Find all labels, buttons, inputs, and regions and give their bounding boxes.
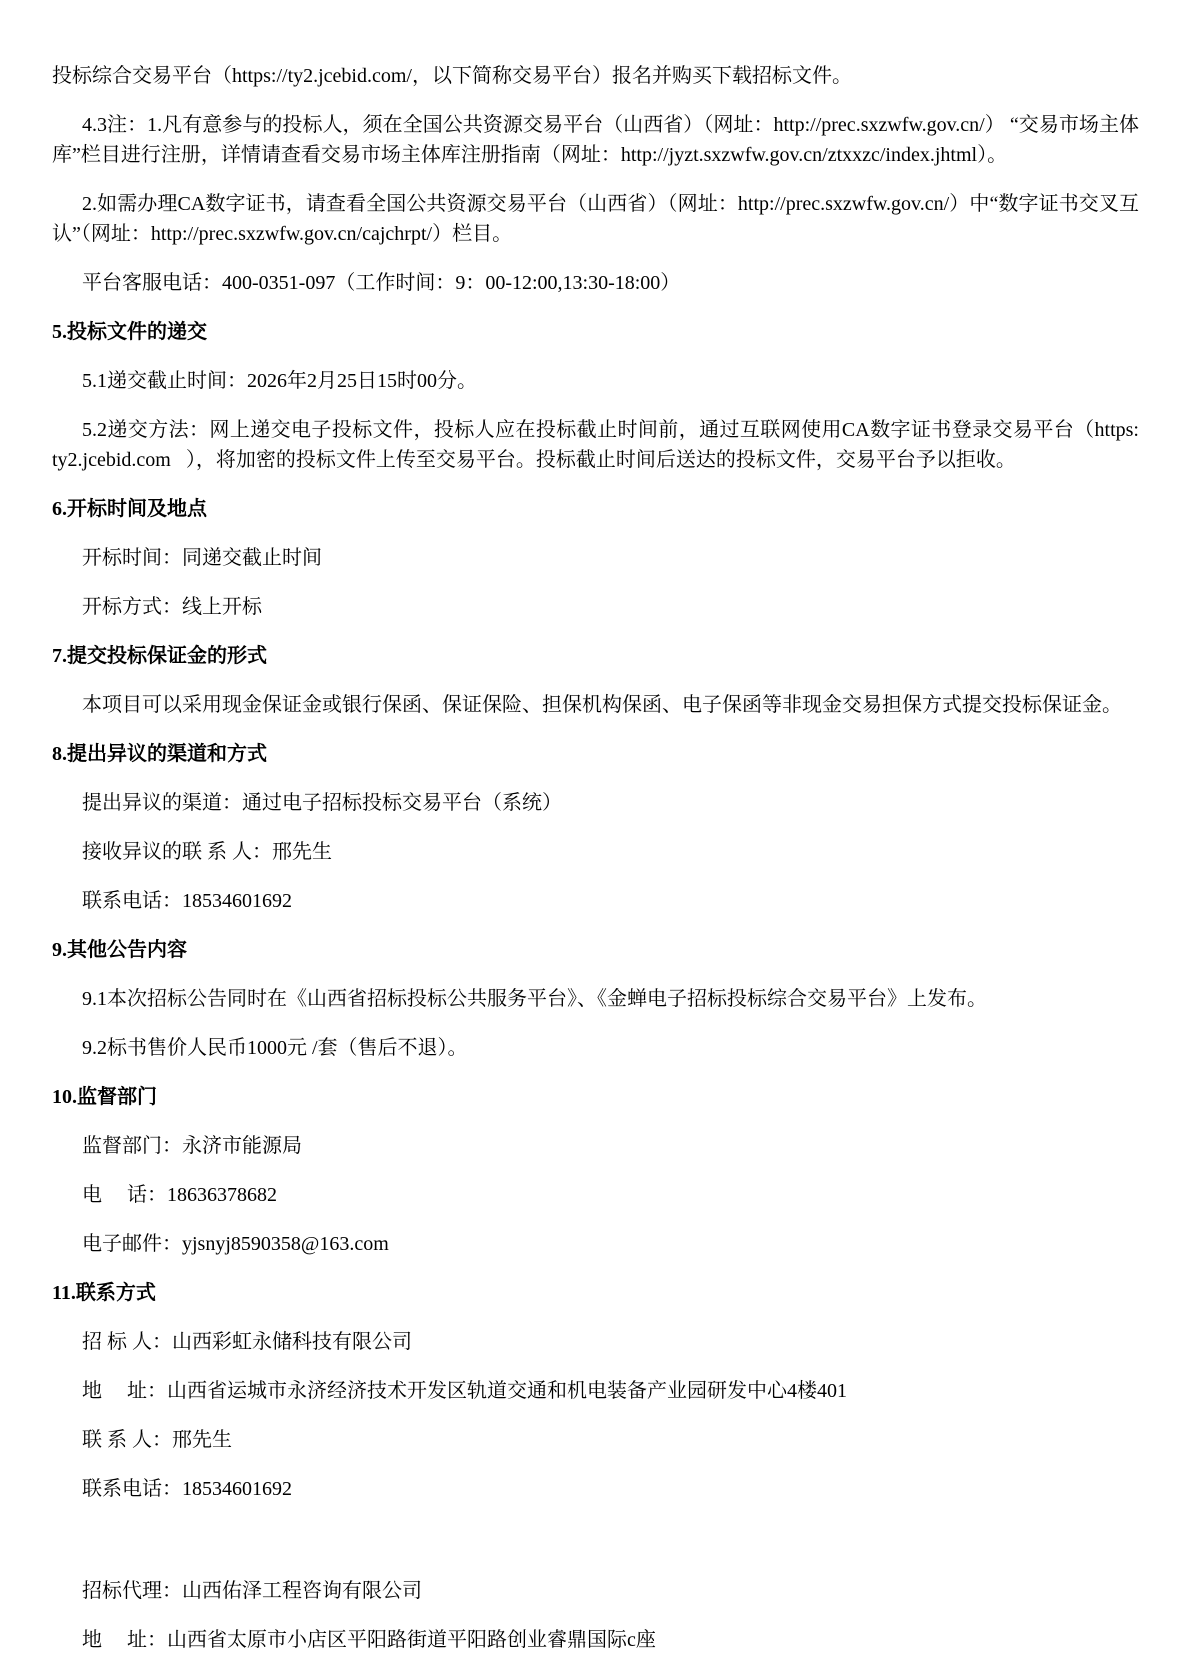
section-heading-5-bid-submission: 5.投标文件的递交 xyxy=(52,317,1139,347)
section-heading-6-bid-opening: 6.开标时间及地点 xyxy=(52,494,1139,524)
section-heading-9-other-announcements: 9.其他公告内容 xyxy=(52,935,1139,965)
paragraph-opening-time: 开标时间：同递交截止时间 xyxy=(52,543,1139,573)
paragraph-5-2-method: 5.2递交方法：网上递交电子投标文件，投标人应在投标截止时间前，通过互联网使用C… xyxy=(52,415,1139,475)
paragraph-objection-contact-person: 接收异议的联 系 人：邢先生 xyxy=(52,837,1139,867)
paragraph-opening-mode: 开标方式：线上开标 xyxy=(52,592,1139,622)
paragraph-9-2-document-price: 9.2标书售价人民币1000元 /套（售后不退）。 xyxy=(52,1033,1139,1063)
section-heading-11-contact-info: 11.联系方式 xyxy=(52,1278,1139,1308)
paragraph-tenderer-name: 招 标 人：山西彩虹永储科技有限公司 xyxy=(52,1327,1139,1357)
paragraph-supervision-phone: 电 话：18636378682 xyxy=(52,1180,1139,1210)
paragraph-tenderer-address: 地 址：山西省运城市永济经济技术开发区轨道交通和机电装备产业园研发中心4楼401 xyxy=(52,1376,1139,1406)
paragraph-note-4-3: 4.3注：1.凡有意参与的投标人，须在全国公共资源交易平台（山西省）（网址：ht… xyxy=(52,110,1139,170)
blank-line-spacer xyxy=(52,1523,1139,1557)
paragraph-tenderer-contact-person: 联 系 人：邢先生 xyxy=(52,1425,1139,1455)
paragraph-continuation: 投标综合交易平台（https://ty2.jcebid.com/，以下简称交易平… xyxy=(52,61,1139,91)
paragraph-agency-name: 招标代理：山西佑泽工程咨询有限公司 xyxy=(52,1576,1139,1606)
paragraph-supervision-email: 电子邮件：yjsnyj8590358@163.com xyxy=(52,1229,1139,1259)
section-heading-10-supervision-department: 10.监督部门 xyxy=(52,1082,1139,1112)
section-heading-8-objection-channel: 8.提出异议的渠道和方式 xyxy=(52,739,1139,769)
paragraph-tenderer-contact-phone: 联系电话：18534601692 xyxy=(52,1474,1139,1504)
section-heading-7-bid-security: 7.提交投标保证金的形式 xyxy=(52,641,1139,671)
paragraph-ca-certificate-note: 2.如需办理CA数字证书，请查看全国公共资源交易平台（山西省）（网址：http:… xyxy=(52,189,1139,249)
paragraph-9-1-publish-platforms: 9.1本次招标公告同时在《山西省招标投标公共服务平台》、《金蝉电子招标投标综合交… xyxy=(52,984,1139,1014)
paragraph-objection-channel: 提出异议的渠道：通过电子招标投标交易平台（系统） xyxy=(52,788,1139,818)
paragraph-supervision-department: 监督部门：永济市能源局 xyxy=(52,1131,1139,1161)
document-page: 投标综合交易平台（https://ty2.jcebid.com/，以下简称交易平… xyxy=(0,0,1184,1668)
paragraph-objection-contact-phone: 联系电话：18534601692 xyxy=(52,886,1139,916)
paragraph-platform-hotline: 平台客服电话：400-0351-097（工作时间：9：00-12:00,13:3… xyxy=(52,268,1139,298)
paragraph-5-1-deadline: 5.1递交截止时间：2026年2月25日15时00分。 xyxy=(52,366,1139,396)
paragraph-bid-security-forms: 本项目可以采用现金保证金或银行保函、保证保险、担保机构保函、电子保函等非现金交易… xyxy=(52,690,1139,720)
paragraph-agency-address: 地 址：山西省太原市小店区平阳路街道平阳路创业睿鼎国际c座 xyxy=(52,1625,1139,1655)
